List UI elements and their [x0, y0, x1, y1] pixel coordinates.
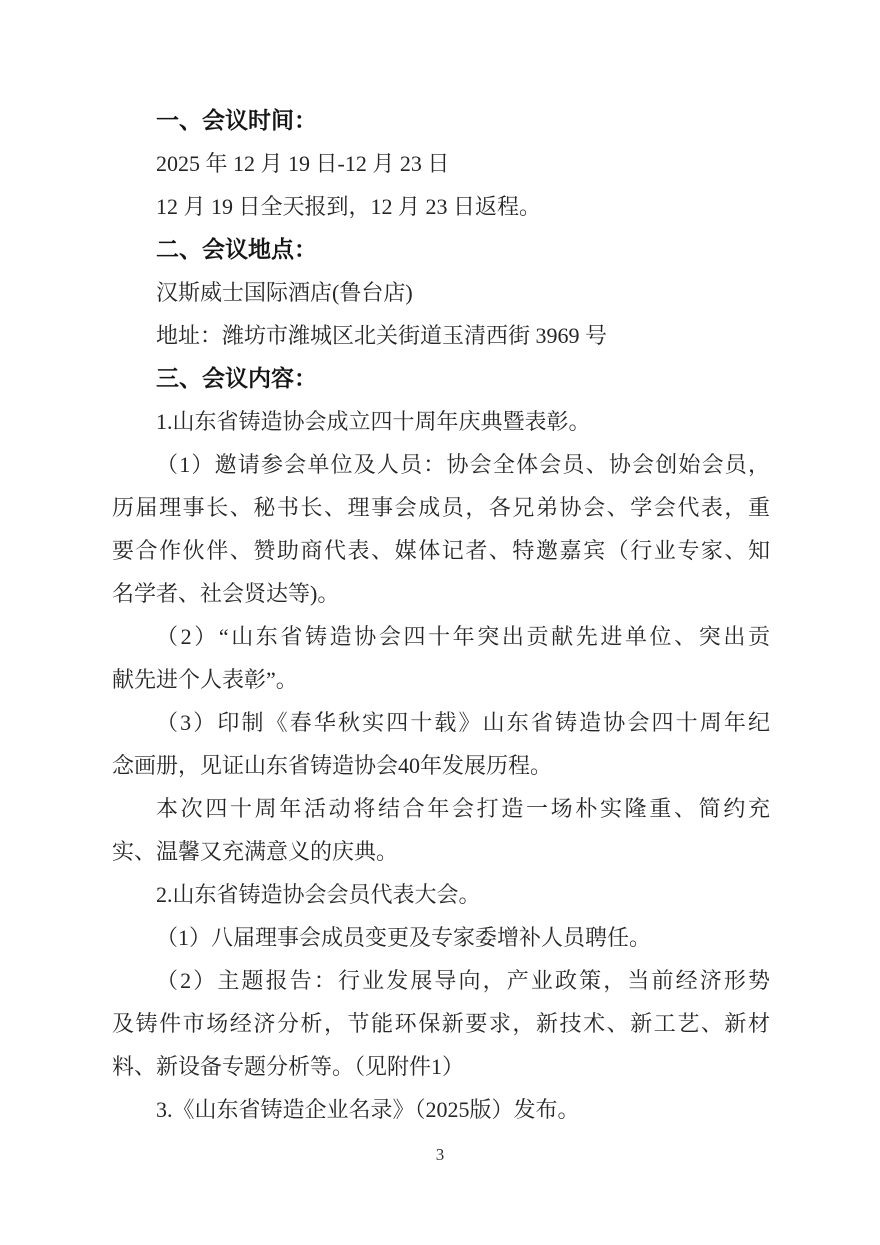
document-page: 一、会议时间： 2025 年 12 月 19 日-12 月 23 日 12 月 … [0, 0, 880, 1245]
heading-meeting-content: 三、会议内容： [112, 357, 770, 400]
document-content: 一、会议时间： 2025 年 12 月 19 日-12 月 23 日 12 月 … [112, 99, 770, 1131]
text-line-item-3: 3.《山东省铸造企业名录》（2025版）发布。 [112, 1088, 770, 1131]
heading-meeting-location: 二、会议地点： [112, 228, 770, 271]
text-line: （1）邀请参会单位及人员：协会全体会员、协会创始会员， [112, 443, 770, 486]
text-line: （1）八届理事会成员变更及专家委增补人员聘任。 [112, 916, 770, 959]
text-line: 念画册，见证山东省铸造协会40年发展历程。 [112, 744, 770, 787]
text-line: （3）印制《春华秋实四十载》山东省铸造协会四十周年纪 [112, 701, 770, 744]
text-line: 本次四十周年活动将结合年会打造一场朴实隆重、简约充 [112, 787, 770, 830]
text-line-meeting-dates: 2025 年 12 月 19 日-12 月 23 日 [112, 142, 770, 185]
text-line-item-2: 2.山东省铸造协会会员代表大会。 [112, 873, 770, 916]
text-line-hotel-name: 汉斯威士国际酒店(鲁台店) [112, 271, 770, 314]
text-line: 要合作伙伴、赞助商代表、媒体记者、特邀嘉宾（行业专家、知 [112, 529, 770, 572]
text-line: 及铸件市场经济分析，节能环保新要求，新技术、新工艺、新材 [112, 1002, 770, 1045]
text-line: 历届理事长、秘书长、理事会成员，各兄弟协会、学会代表，重 [112, 486, 770, 529]
text-line: 实、温馨又充满意义的庆典。 [112, 830, 770, 873]
text-line: 名学者、社会贤达等)。 [112, 572, 770, 615]
text-line: （2）主题报告：行业发展导向，产业政策，当前经济形势 [112, 959, 770, 1002]
text-line: 料、新设备专题分析等。（见附件1） [112, 1045, 770, 1088]
text-line-hotel-address: 地址：潍坊市潍城区北关街道玉清西街 3969 号 [112, 314, 770, 357]
text-line-item-1: 1.山东省铸造协会成立四十周年庆典暨表彰。 [112, 400, 770, 443]
text-line-checkin-return: 12 月 19 日全天报到，12 月 23 日返程。 [112, 185, 770, 228]
text-line: （2）“山东省铸造协会四十年突出贡献先进单位、突出贡 [112, 615, 770, 658]
text-line: 献先进个人表彰”。 [112, 658, 770, 701]
page-number: 3 [0, 1140, 880, 1170]
heading-meeting-time: 一、会议时间： [112, 99, 770, 142]
